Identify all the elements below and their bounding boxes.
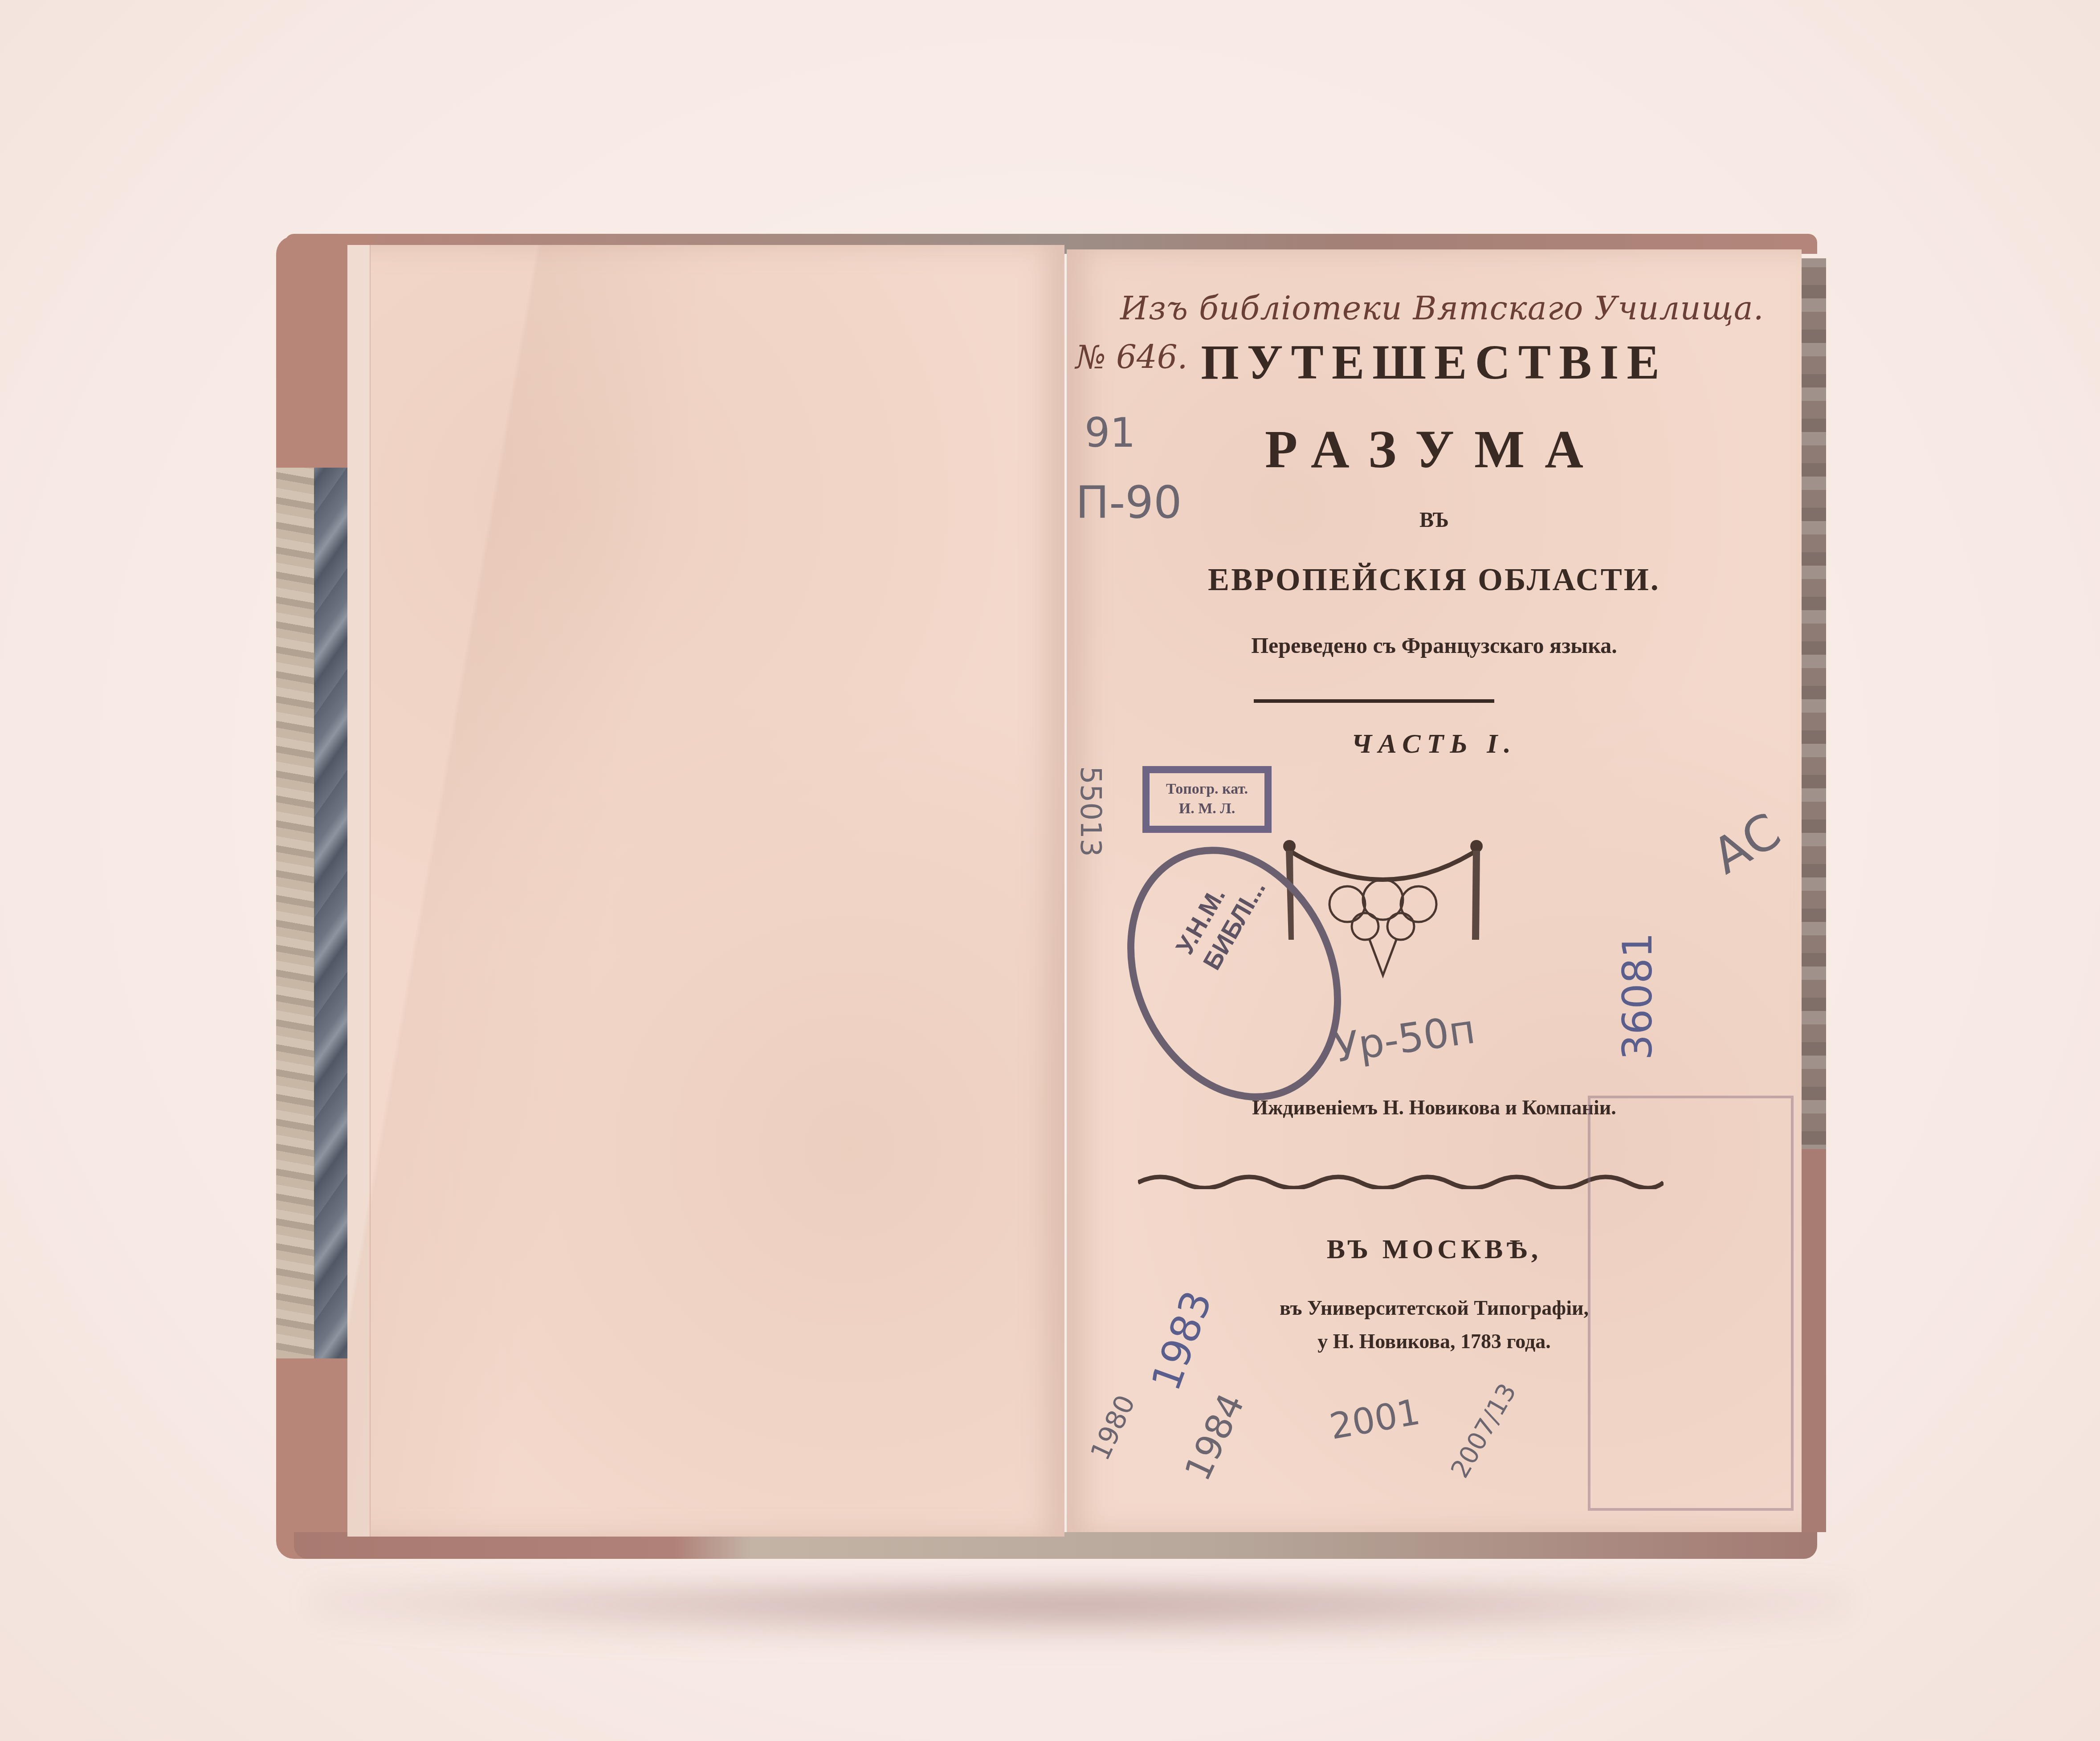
part-label: ЧАСТЬ I. <box>1067 728 1802 760</box>
translation-note: Переведено съ Французскаго языка. <box>1067 632 1802 658</box>
book-shadow <box>312 1586 1848 1639</box>
pencil-year-2007: 2007/13 <box>1445 1379 1522 1483</box>
pencil-vertical-number: 55013 <box>1074 766 1107 857</box>
pencil-initials: АС <box>1703 802 1790 885</box>
pencil-year-1984: 1984 <box>1177 1387 1252 1487</box>
left-page-flyleaf <box>347 245 1064 1537</box>
pencil-year-1980: 1980 <box>1085 1390 1142 1465</box>
title-line-3: ЕВРОПЕЙСКІЯ ОБЛАСТИ. <box>1067 561 1802 598</box>
pencil-note-91: 91 <box>1085 410 1136 457</box>
faint-stamp-outline <box>1588 1096 1794 1511</box>
pencil-year-2001: 2001 <box>1326 1391 1423 1447</box>
pencil-ur-note: Ур-50п <box>1331 1006 1478 1072</box>
stamp-line-1: Топогр. кат. <box>1150 779 1264 799</box>
handwritten-library-note: Изъ библіотеки Вятскаго Училища. <box>1120 289 1764 327</box>
blue-vertical-number: 36081 <box>1615 933 1661 1060</box>
title-line-2: РАЗУМА <box>1067 419 1802 480</box>
title-line-1: ПУТЕШЕСТВІЕ <box>1067 334 1802 391</box>
page-fold-shading <box>347 245 1064 1537</box>
stamp-line-2: И. М. Л. <box>1150 799 1264 819</box>
pencil-shelfmark: П-90 <box>1076 477 1182 529</box>
title-page: Изъ библіотеки Вятскаго Училища. № 646. … <box>1067 249 1802 1532</box>
wave-ornament-icon <box>1138 1171 1664 1189</box>
horizontal-rule <box>1254 699 1494 703</box>
topographic-catalog-stamp: Топогр. кат. И. М. Л. <box>1142 766 1272 833</box>
worn-board-edge <box>276 468 314 1358</box>
